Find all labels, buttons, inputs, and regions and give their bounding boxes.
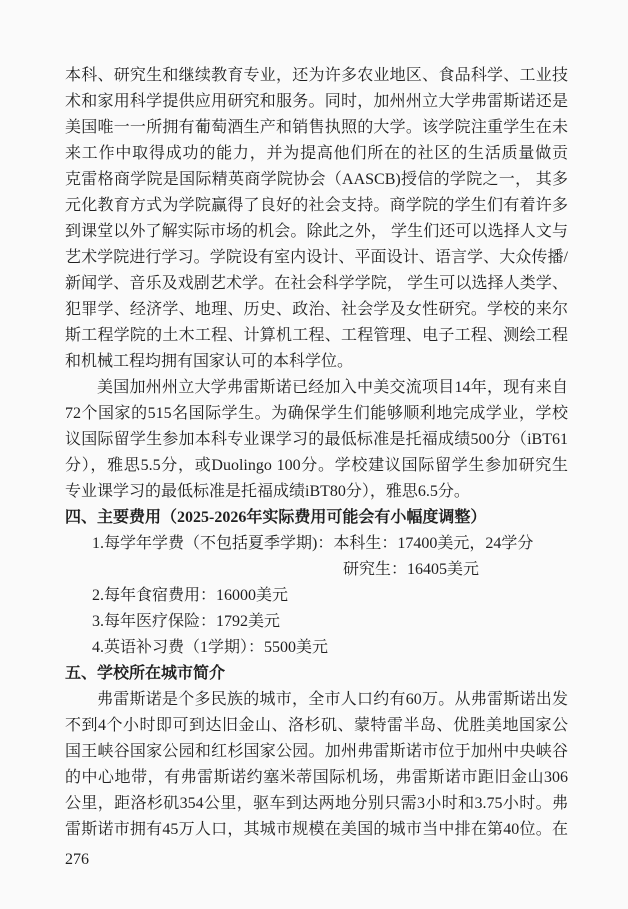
text-line: 公里，距洛杉矶354公里，驱车到达两地分别只需3小时和3.75小时。弗 (65, 791, 568, 817)
text-line: 国王峡谷国家公园和红杉国家公园。加州弗雷斯诺市位于加州中央峡谷 (65, 739, 568, 765)
text-line: 议国际留学生参加本科专业课学习的最低标准是托福成绩500分（iBT61 (65, 427, 568, 453)
text-line: 艺术学院进行学习。学院设有室内设计、平面设计、语言学、大众传播/ (65, 245, 568, 271)
text-line: 专业课学习的最低标准是托福成绩iBT80分），雅思6.5分。 (65, 479, 568, 505)
section-heading-city: 五、学校所在城市简介 (65, 661, 568, 687)
text-line: 术和家用科学提供应用研究和服务。同时，加州州立大学弗雷斯诺还是 (65, 89, 568, 115)
text-line: 美国加州州立大学弗雷斯诺已经加入中美交流项目14年，现有来自 (65, 375, 568, 401)
text-line: 来工作中取得成功的能力，并为提高他们所在的社区的生活质量做贡献。 (65, 141, 568, 167)
text-line: 分），雅思5.5分，或Duolingo 100分。学校建议国际留学生参加研究生 (65, 453, 568, 479)
text-line: 不到4个小时即可到达旧金山、洛杉矶、蒙特雷半岛、优胜美地国家公园、 (65, 713, 568, 739)
text-line: 本科、研究生和继续教育专业，还为许多农业地区、食品科学、工业技 (65, 63, 568, 89)
text-line: 元化教育方式为学院赢得了良好的社会支持。商学院的学生们有着许多 (65, 193, 568, 219)
fee-item-room-board: 2.每年食宿费用：16000美元 (65, 583, 568, 609)
fee-item-tuition: 1.每学年学费（不包括夏季学期)：本科生：17400美元，24学分 (65, 531, 568, 557)
text-line: 到课堂以外了解实际市场的机会。除此之外， 学生们还可以选择人文与 (65, 219, 568, 245)
text-line: 雷斯诺市拥有45万人口，其城市规模在美国的城市当中排在第40位。在 (65, 817, 568, 843)
text-line: 美国唯一一所拥有葡萄酒生产和销售执照的大学。该学院注重学生在未 (65, 115, 568, 141)
text-line: 弗雷斯诺是个多民族的城市，全市人口约有60万。从弗雷斯诺出发 (65, 687, 568, 713)
document-page: 本科、研究生和继续教育专业，还为许多农业地区、食品科学、工业技 术和家用科学提供… (0, 0, 628, 909)
text-line: 斯工程学院的土木工程、计算机工程、工程管理、电子工程、测绘工程 (65, 323, 568, 349)
text-line: 犯罪学、经济学、地理、历史、政治、社会学及女性研究。学校的来尔 (65, 297, 568, 323)
fee-item-insurance: 3.每年医疗保险：1792美元 (65, 609, 568, 635)
section-heading-fees: 四、主要费用（2025-2026年实际费用可能会有小幅度调整） (65, 505, 568, 531)
text-line: 和机械工程均拥有国家认可的本科学位。 (65, 349, 568, 375)
fee-item-tuition-graduate: 研究生：16405美元 (65, 557, 568, 583)
text-line: 72个国家的515名国际学生。为确保学生们能够顺利地完成学业，学校建 (65, 401, 568, 427)
text-line: 新闻学、音乐及戏剧艺术学。在社会科学学院， 学生可以选择人类学、 (65, 271, 568, 297)
fee-item-esl: 4.英语补习费（1学期）：5500美元 (65, 635, 568, 661)
page-number: 276 (65, 847, 568, 873)
text-line: 克雷格商学院是国际精英商学院协会（AASCB)授信的学院之一， 其多 (65, 167, 568, 193)
text-line: 的中心地带，有弗雷斯诺约塞米蒂国际机场，弗雷斯诺市距旧金山306 (65, 765, 568, 791)
